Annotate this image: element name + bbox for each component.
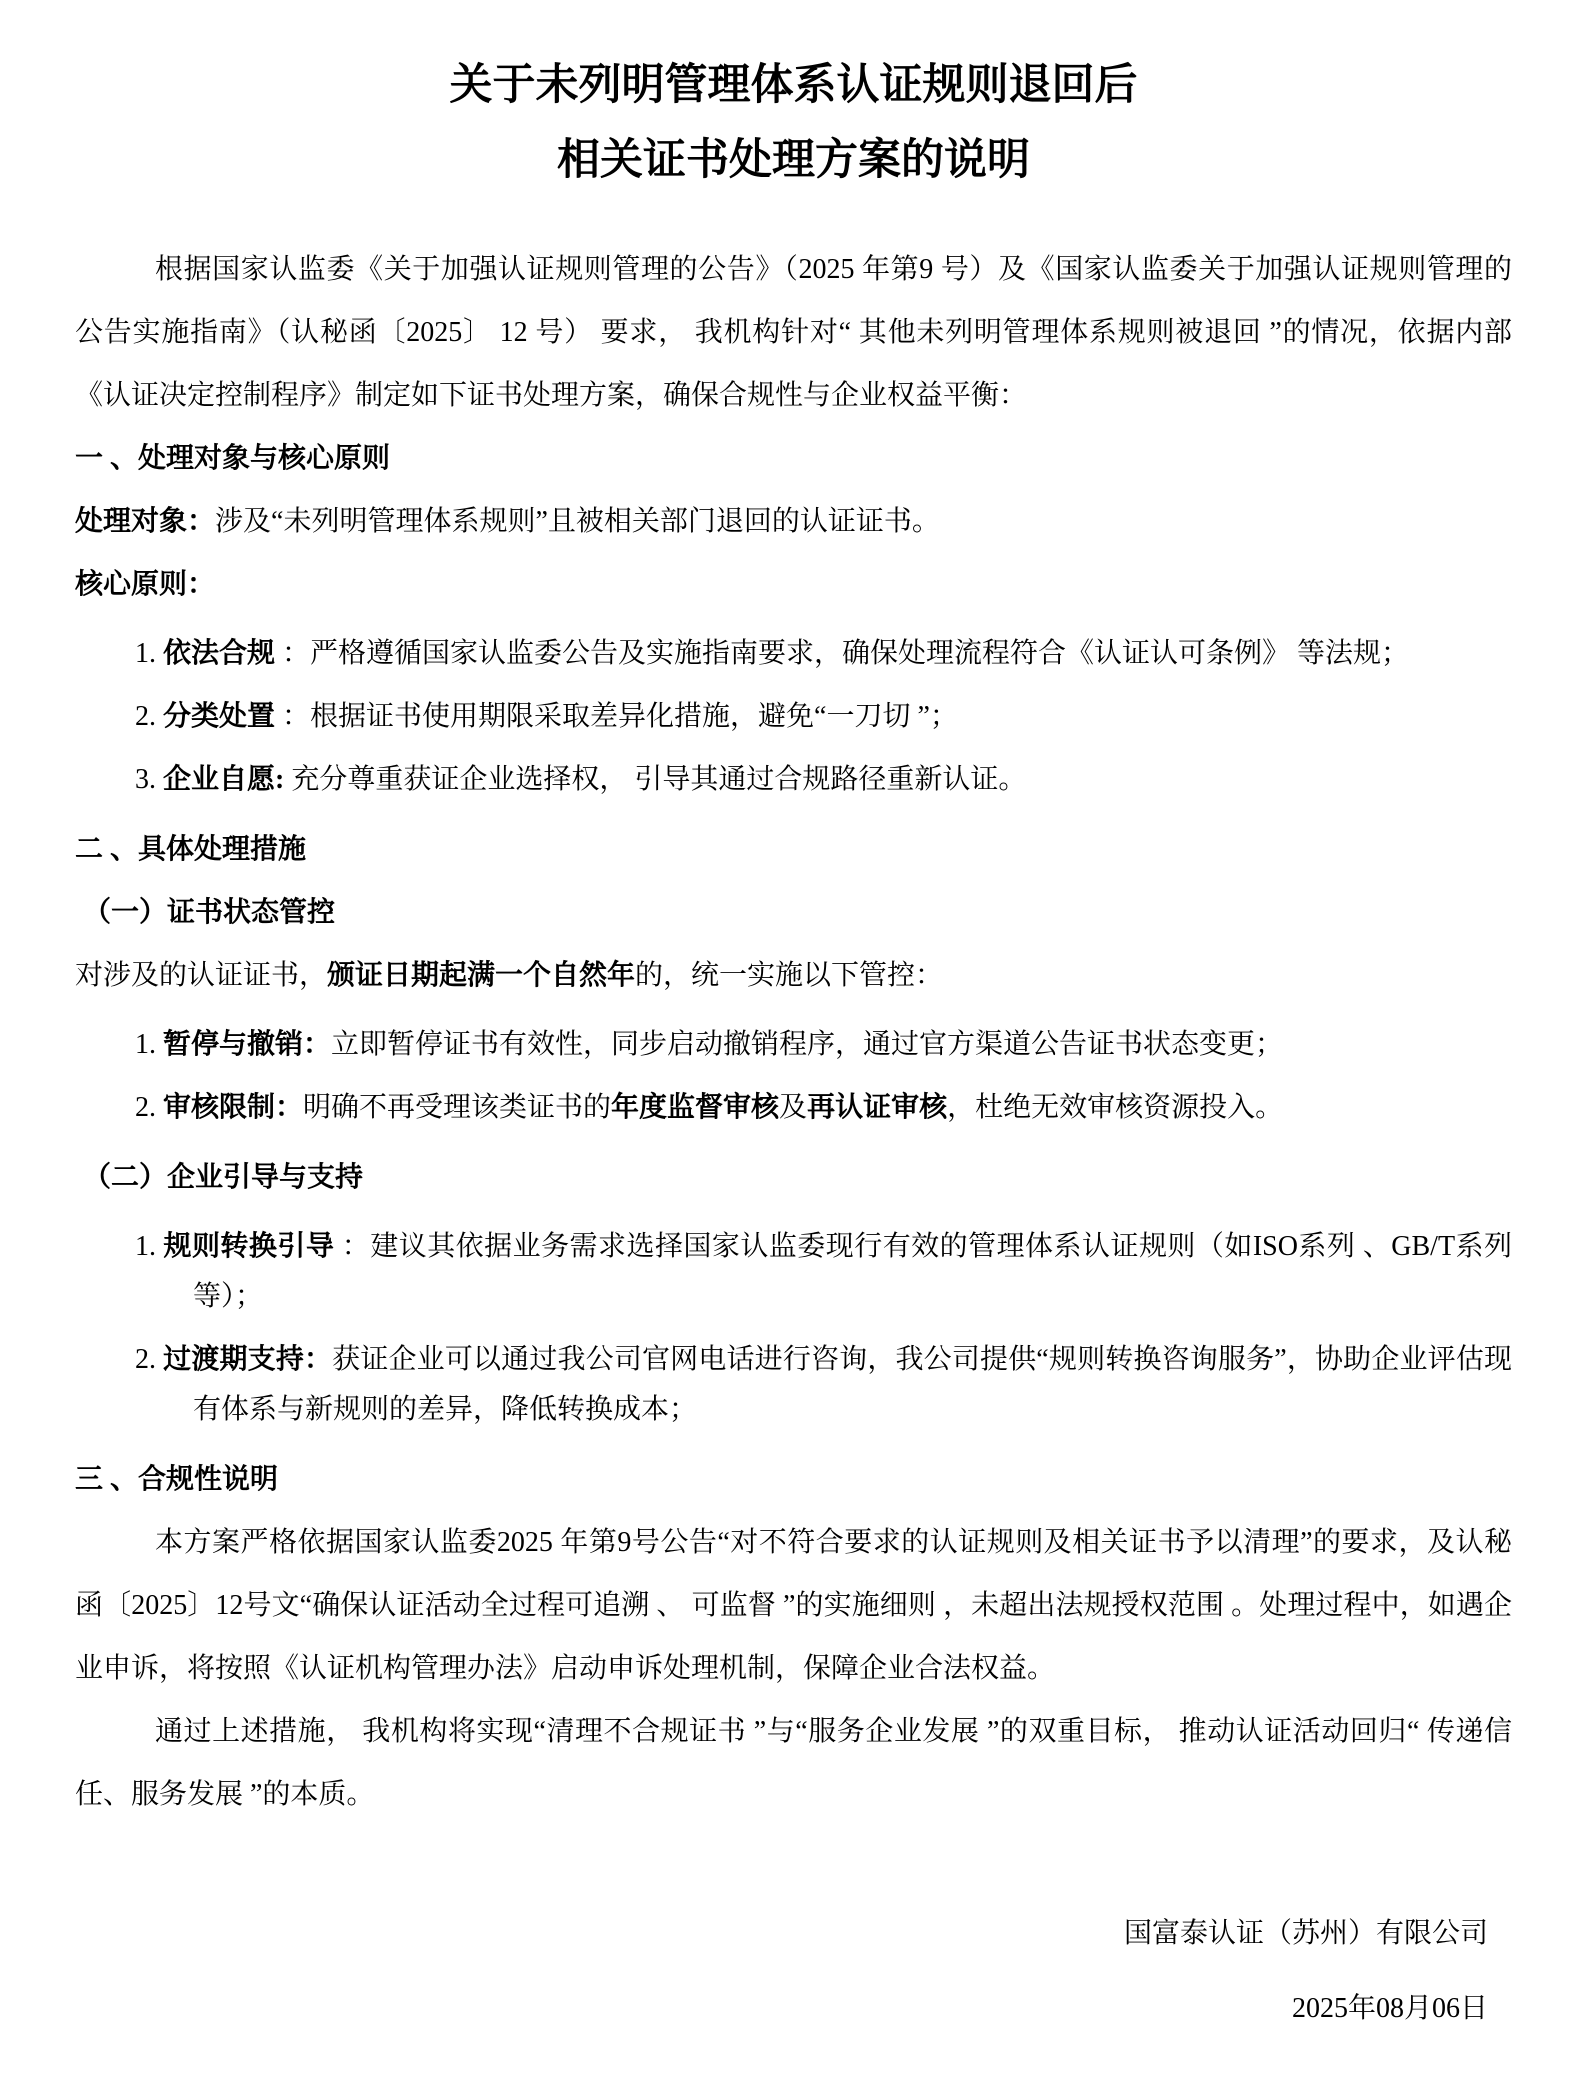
doc-title-line-1: 关于未列明管理体系认证规则退回后 xyxy=(75,48,1512,123)
text-run: （一）证书状态管控 xyxy=(83,897,335,928)
footer-date: 2025年08月06日 xyxy=(75,1977,1488,2040)
list-item: 1. 暂停与撤销：立即暂停证书有效性，同步启动撤销程序，通过官方渠道公告证书状态… xyxy=(75,1020,1512,1070)
bold-text-run: 暂停与撤销： xyxy=(163,1029,331,1060)
text-run: 通过上述措施， 我机构将实现“清理不合规证书 ”与“服务企业发展 ”的双重目标，… xyxy=(75,1716,1512,1810)
text-run: 立即暂停证书有效性，同步启动撤销程序，通过官方渠道公告证书状态变更； xyxy=(331,1029,1283,1060)
text-run: 获证企业可以通过我公司官网电话进行咨询，我公司提供“规则转换咨询服务”，协助企业… xyxy=(193,1344,1512,1425)
text-run: 及 xyxy=(779,1092,807,1123)
bold-text-run: 再认证审核 xyxy=(807,1092,947,1123)
section-heading: 二 、具体处理措施 xyxy=(75,818,1512,881)
document-page: 关于未列明管理体系认证规则退回后 相关证书处理方案的说明 根据国家认监委《关于加… xyxy=(0,0,1587,2096)
text-run: ：严格遵循国家认监委公告及实施指南要求，确保处理流程符合《认证认可条例》 等法规… xyxy=(275,638,1409,669)
doc-footer: 国富泰认证（苏州）有限公司 2025年08月06日 xyxy=(75,1902,1512,2040)
list-item: 2. 过渡期支持：获证企业可以通过我公司官网电话进行咨询，我公司提供“规则转换咨… xyxy=(75,1335,1512,1435)
text-run: ，杜绝无效审核资源投入。 xyxy=(947,1092,1283,1123)
sub-heading: （二）企业引导与支持 xyxy=(75,1146,1512,1209)
doc-title-line-2: 相关证书处理方案的说明 xyxy=(75,123,1512,198)
text-run: 的，统一实施以下管控： xyxy=(635,960,943,991)
paragraph: 根据国家认监委《关于加强认证规则管理的公告》（2025 年第9 号）及《国家认监… xyxy=(75,238,1512,427)
bold-text-run: 企业自愿: xyxy=(163,764,284,795)
text-run: ：建议其依据业务需求选择国家认监委现行有效的管理体系认证规则（如ISO系列 、G… xyxy=(193,1231,1512,1312)
list-item: 2. 分类处置 ：根据证书使用期限采取差异化措施，避免“一刀切 ”； xyxy=(75,692,1512,742)
text-run: 对涉及的认证证书， xyxy=(75,960,327,991)
bold-text-run: 处理对象： xyxy=(75,506,215,537)
list-item: 2. 审核限制：明确不再受理该类证书的年度监督审核及再认证审核，杜绝无效审核资源… xyxy=(75,1083,1512,1133)
paragraph: 对涉及的认证证书，颁证日期起满一个自然年的，统一实施以下管控： xyxy=(75,944,1512,1007)
text-run: 2. xyxy=(135,1344,163,1375)
text-run: 1. xyxy=(135,1029,163,1060)
text-run: 1. xyxy=(135,638,163,669)
list-item: 3. 企业自愿: 充分尊重获证企业选择权， 引导其通过合规路径重新认证。 xyxy=(75,755,1512,805)
bold-text-run: 过渡期支持： xyxy=(163,1344,332,1375)
sub-heading: （一）证书状态管控 xyxy=(75,881,1512,944)
text-run: 本方案严格依据国家认监委2025 年第9号公告“对不符合要求的认证规则及相关证书… xyxy=(75,1527,1512,1684)
text-run: ：根据证书使用期限采取差异化措施，避免“一刀切 ”； xyxy=(275,701,958,732)
text-run: 3. xyxy=(135,764,163,795)
bold-text-run: 年度监督审核 xyxy=(611,1092,779,1123)
paragraph: 核心原则： xyxy=(75,553,1512,616)
text-run: 2. xyxy=(135,701,163,732)
bold-text-run: 颁证日期起满一个自然年 xyxy=(327,960,635,991)
paragraph: 本方案严格依据国家认监委2025 年第9号公告“对不符合要求的认证规则及相关证书… xyxy=(75,1511,1512,1700)
text-run: 一 、处理对象与核心原则 xyxy=(75,443,390,474)
text-run: 充分尊重获证企业选择权， 引导其通过合规路径重新认证。 xyxy=(284,764,1026,795)
document-page-root: { "page": { "background": "#ffffff", "te… xyxy=(0,0,1587,2096)
section-heading: 一 、处理对象与核心原则 xyxy=(75,427,1512,490)
bold-text-run: 核心原则： xyxy=(75,569,215,600)
text-run: 二 、具体处理措施 xyxy=(75,834,306,865)
text-run: 涉及“未列明管理体系规则”且被相关部门退回的认证证书。 xyxy=(215,506,940,537)
section-heading: 三 、合规性说明 xyxy=(75,1448,1512,1511)
bold-text-run: 规则转换引导 xyxy=(163,1231,334,1262)
doc-title: 关于未列明管理体系认证规则退回后 相关证书处理方案的说明 xyxy=(75,48,1512,198)
document-body: 根据国家认监委《关于加强认证规则管理的公告》（2025 年第9 号）及《国家认监… xyxy=(75,238,1512,1826)
paragraph: 处理对象：涉及“未列明管理体系规则”且被相关部门退回的认证证书。 xyxy=(75,490,1512,553)
text-run: 2. xyxy=(135,1092,163,1123)
text-run: （二）企业引导与支持 xyxy=(83,1162,363,1193)
text-run: 三 、合规性说明 xyxy=(75,1464,278,1495)
list-item: 1. 规则转换引导 ：建议其依据业务需求选择国家认监委现行有效的管理体系认证规则… xyxy=(75,1222,1512,1322)
paragraph: 通过上述措施， 我机构将实现“清理不合规证书 ”与“服务企业发展 ”的双重目标，… xyxy=(75,1700,1512,1826)
text-run: 根据国家认监委《关于加强认证规则管理的公告》（2025 年第9 号）及《国家认监… xyxy=(75,254,1512,411)
bold-text-run: 审核限制： xyxy=(163,1092,303,1123)
text-run: 明确不再受理该类证书的 xyxy=(303,1092,611,1123)
text-run: 1. xyxy=(135,1231,163,1262)
footer-company: 国富泰认证（苏州）有限公司 xyxy=(75,1902,1488,1965)
list-item: 1. 依法合规 ：严格遵循国家认监委公告及实施指南要求，确保处理流程符合《认证认… xyxy=(75,629,1512,679)
bold-text-run: 依法合规 xyxy=(163,638,275,669)
bold-text-run: 分类处置 xyxy=(163,701,275,732)
